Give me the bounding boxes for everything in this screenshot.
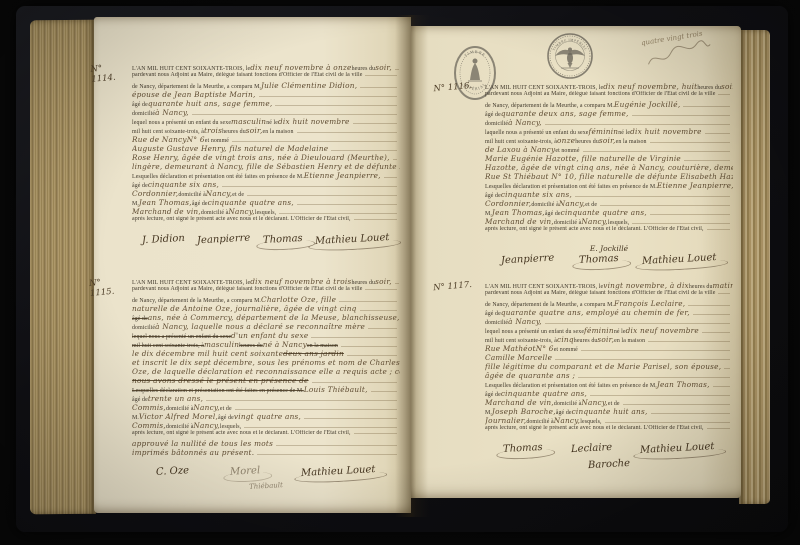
- signature: Leclaire: [571, 442, 613, 455]
- handwritten-text: Marchand de vin,: [485, 398, 554, 407]
- signature: Thomas: [578, 253, 618, 266]
- form-rule-line: [718, 94, 730, 95]
- signature: C. Oze: [156, 465, 190, 478]
- form-rule-line: [331, 150, 397, 151]
- signature: Thomas: [263, 233, 303, 246]
- record-line: nous avons dressé le présent en présence…: [132, 376, 400, 385]
- record-line: et inscrit le dix sept décembre, sous le…: [132, 358, 400, 367]
- handwritten-text: nous avons dressé le présent en présence…: [132, 376, 309, 385]
- printed-text: domicilié: [132, 325, 155, 331]
- form-rule-line: [259, 96, 397, 97]
- printed-text: heures du: [222, 129, 246, 135]
- record-line: M. Jean Thomas, âgé de cinquante quatre …: [485, 208, 733, 217]
- handwritten-text: Commis,: [132, 403, 166, 412]
- form-rule-line: [365, 75, 397, 76]
- handwritten-text: dix neuf novembre à onze: [250, 63, 351, 72]
- form-rule-line: [297, 132, 398, 133]
- record-line: M. Jean Thomas, âgé de cinquante quatre …: [132, 198, 400, 207]
- form-rule-line: [650, 142, 730, 143]
- handwritten-text: Cordonnier,: [132, 189, 178, 198]
- printed-text: et de: [220, 406, 232, 412]
- form-rule-line: [384, 177, 397, 178]
- form-rule-line: [304, 418, 397, 419]
- handwritten-text: Commis,: [132, 421, 166, 430]
- signature: Mathieu Louet: [642, 252, 717, 267]
- record-line: âgé de ans, née à Commercy, département …: [132, 313, 400, 322]
- printed-text: pardevant nous Adjoint au Maire, délégué…: [132, 72, 362, 78]
- handwritten-text: Nancy,: [193, 403, 220, 412]
- form-rule-line: [651, 413, 730, 414]
- record-line: de Nancy, département de la Meurthe, a c…: [132, 295, 400, 304]
- signature: Jeanpierre: [501, 253, 555, 267]
- handwritten-text: dix huit novembre: [278, 117, 350, 126]
- printed-text: heures du: [575, 139, 599, 145]
- handwritten-text: Auguste Gustave Henry, fils naturel de M…: [132, 144, 328, 153]
- printed-text: domicilié: [485, 320, 508, 326]
- record-number: N° 1116.: [433, 80, 493, 266]
- record-line: Rue Mathéot N° 6 et nommé: [485, 344, 733, 353]
- record-line: de Nancy, département de la Meurthe, a c…: [485, 100, 733, 109]
- printed-text: domicilié: [132, 111, 155, 117]
- handwritten-text: Rose Henry, âgée de vingt trois ans, née…: [132, 153, 390, 162]
- handwritten-text: cinq: [557, 335, 574, 344]
- handwritten-text: de Laxou à Nancy: [485, 145, 555, 154]
- handwritten-text: onze: [557, 136, 575, 145]
- handwritten-text: Nancy,: [581, 217, 608, 226]
- handwritten-text: deux ans jardin: [283, 349, 344, 358]
- printed-text: et nommé: [554, 347, 578, 353]
- record-line: lequel nous a présenté un enfant du sexe…: [132, 117, 400, 126]
- form-rule-line: [590, 395, 730, 396]
- record-line: Marchand de vin, domicilié à Nancy, lesq…: [485, 217, 733, 226]
- handwritten-text: féminin: [584, 326, 614, 335]
- record-body: L'AN MIL HUIT CENT SOIXANTE-TROIS, le di…: [132, 63, 400, 245]
- form-rule-line: [192, 114, 397, 115]
- handwritten-text: quarante huit ans, sage femme,: [148, 99, 273, 108]
- form-rule-line: [257, 454, 397, 455]
- form-rule-line: [354, 219, 397, 220]
- handwritten-text: dix neuf novembre: [626, 326, 699, 335]
- record-line: Marchand de vin, domicilié à Nancy, lesq…: [132, 207, 400, 216]
- right-page-records: N° 1116.L'AN MIL HUIT CENT SOIXANTE-TROI…: [441, 82, 733, 486]
- handwritten-text: ans, née à Commercy, département de la M…: [148, 313, 400, 322]
- record-line: imprimés bâtonnés au présent.: [132, 448, 400, 457]
- form-rule-line: [312, 382, 397, 383]
- record-line: mil huit cent soixante-trois, à onze heu…: [485, 136, 733, 145]
- record-line: Cordonnier, domicilié à Nancy, et de: [132, 189, 400, 198]
- printed-text: pardevant nous Adjoint au Maire, délégué…: [485, 290, 715, 296]
- handwritten-text: Louis Thiébault,: [304, 385, 368, 394]
- record-line: Commis, domicilié à Nancy, et de: [132, 403, 400, 412]
- record-line: de Nancy, département de la Meurthe, a c…: [485, 299, 733, 308]
- handwritten-text: Cordonnier,: [485, 199, 531, 208]
- record-line: âgé de quarante huit ans, sage femme,: [132, 99, 400, 108]
- handwritten-text: soir,: [246, 126, 263, 135]
- record-line: de Nancy, département de la Meurthe, a c…: [132, 81, 400, 90]
- record-line: âgée de quarante ans ;: [485, 371, 733, 380]
- right-page-edge-stack: [739, 30, 770, 504]
- left-page-records: N° 1114.L'AN MIL HUIT CENT SOIXANTE-TROI…: [98, 63, 400, 522]
- record-line: après lecture, ont signé le présent acte…: [132, 216, 400, 225]
- form-rule-line: [545, 124, 730, 125]
- signature-row: J. DidionJeanpierreThomasMathieu Louet: [132, 234, 400, 245]
- record-line: Rue de NancyN° 6 et nommé: [132, 135, 400, 144]
- handwritten-text: cinquante huit ans,: [572, 407, 648, 416]
- form-rule-line: [693, 314, 730, 315]
- signature: Mathieu Louet: [315, 232, 390, 247]
- record-line: Marchand de vin, domicilié à Nancy, et d…: [485, 398, 733, 407]
- handwritten-text: Nancy,: [554, 416, 581, 425]
- handwritten-text: soir,: [599, 136, 616, 145]
- civil-record: N° 1115.L'AN MIL HUIT CENT SOIXANTE-TROI…: [98, 277, 400, 490]
- signature: J. Didion: [142, 233, 185, 246]
- record-line: lequel nous a présenté un enfant du sexe…: [132, 331, 400, 340]
- printed-text: âgé de: [485, 112, 501, 118]
- form-rule-line: [650, 214, 730, 215]
- handwritten-text: quarante deux ans, sage femme,: [501, 109, 629, 118]
- handwritten-text: féminin: [589, 127, 619, 136]
- handwritten-text: masculin: [204, 340, 239, 349]
- civil-record: N° 1114.L'AN MIL HUIT CENT SOIXANTE-TROI…: [98, 63, 400, 245]
- record-line: pardevant nous Adjoint au Maire, délégué…: [132, 286, 400, 295]
- record-line: M. Joseph Baroche, âgé de cinquante huit…: [485, 407, 733, 416]
- corner-annotation: quatre vingt trois: [641, 25, 736, 78]
- record-line: Lesquelles déclaration et présentation o…: [132, 171, 400, 180]
- form-rule-line: [648, 341, 730, 342]
- record-line: pardevant nous Adjoint au Maire, délégué…: [485, 91, 733, 100]
- handwritten-text: soir,: [375, 277, 392, 286]
- handwritten-text: N° 6: [187, 135, 205, 144]
- form-rule-line: [555, 359, 730, 360]
- handwritten-text: naturelle de Antoine Oze, journalière, â…: [132, 304, 357, 313]
- form-rule-line: [583, 151, 730, 152]
- handwritten-text: fille légitime du comparant et de Marie …: [485, 362, 721, 371]
- printed-text: âgé de: [218, 415, 234, 421]
- record-line: Lesquelles déclaration et présentation o…: [485, 181, 733, 190]
- form-rule-line: [632, 115, 730, 116]
- form-rule-line: [395, 69, 399, 70]
- handwritten-text: masculin: [231, 117, 266, 126]
- printed-text: domicilié: [485, 121, 508, 127]
- record-line: âgé de cinquante quatre ans,: [485, 389, 733, 398]
- record-line: après lecture, ont signé le présent acte…: [485, 226, 733, 235]
- handwritten-text: le dix décembre mil huit cent soixante: [132, 349, 283, 358]
- printed-text: pardevant nous Adjoint au Maire, délégué…: [132, 286, 362, 292]
- printed-text: en la maison: [614, 338, 645, 344]
- form-rule-line: [297, 204, 397, 205]
- form-rule-line: [235, 409, 397, 410]
- record-body: L'AN MIL HUIT CENT SOIXANTE-TROIS, le di…: [132, 277, 400, 490]
- form-rule-line: [276, 445, 397, 446]
- handwritten-text: à Nancy, laquelle nous a déclaré se reco…: [155, 322, 365, 331]
- record-line: Camille Marcelle: [485, 353, 733, 362]
- register-book-photo: N° 1114.L'AN MIL HUIT CENT SOIXANTE-TROI…: [0, 0, 800, 545]
- handwritten-text: Nancy,: [559, 199, 586, 208]
- handwritten-text: à Nancy,: [508, 118, 542, 127]
- record-line: approuvé la nullité de tous les mots: [132, 439, 400, 448]
- handwritten-text: cinquante quatre ans,: [208, 198, 294, 207]
- form-rule-line: [371, 391, 397, 392]
- handwritten-text: soir,: [721, 82, 733, 91]
- form-rule-line: [623, 404, 730, 405]
- signature-row: C. OzeMorelMathieu LouetThiébault: [132, 466, 400, 490]
- handwritten-text: vingt novembre, à dix: [603, 281, 689, 290]
- handwritten-text: né à Nancy: [263, 340, 307, 349]
- handwritten-text: Nancy,: [206, 189, 233, 198]
- handwritten-text: Marchand de vin,: [132, 207, 201, 216]
- handwritten-text: Marie Eugénie Hazotte, fille naturelle d…: [485, 154, 681, 163]
- printed-text: après lecture, ont signé le présent acte…: [485, 226, 704, 232]
- form-rule-line: [707, 229, 730, 230]
- handwritten-text: N° 6: [536, 344, 554, 353]
- handwritten-text: Rue Mathéot: [485, 344, 536, 353]
- handwritten-text: Nancy,: [228, 207, 255, 216]
- form-rule-line: [707, 428, 730, 429]
- record-line: L'AN MIL HUIT CENT SOIXANTE-TROIS, le di…: [132, 63, 400, 72]
- handwritten-text: à Nancy,: [508, 317, 542, 326]
- handwritten-text: cinquante quatre ans,: [501, 389, 587, 398]
- handwritten-text: cinquante quatre ans,: [561, 208, 647, 217]
- handwritten-text: vingt quatre ans,: [234, 412, 301, 421]
- record-line: domicilié à Nancy,: [485, 118, 733, 127]
- record-line: mil huit cent soixante-trois, à trois he…: [132, 126, 400, 135]
- handwritten-text: cinquante six ans,: [148, 180, 219, 189]
- handwritten-text: Joseph Baroche,: [492, 407, 556, 416]
- form-rule-line: [605, 422, 730, 423]
- handwritten-text: Jean Thomas,: [657, 380, 710, 389]
- handwritten-text: Oze, de laquelle déclaration et reconnai…: [132, 367, 400, 376]
- form-rule-line: [713, 386, 730, 387]
- form-rule-line: [275, 105, 397, 106]
- form-rule-line: [247, 195, 397, 196]
- record-line: le dix décembre mil huit cent soixante d…: [132, 349, 400, 358]
- record-line: Marie Eugénie Hazotte, fille naturelle d…: [485, 154, 733, 163]
- record-line: âgé de quarante deux ans, sage femme,: [485, 109, 733, 118]
- handwritten-text: François Leclaire,: [614, 299, 685, 308]
- record-line: pardevant nous Adjoint au Maire, délégué…: [485, 290, 733, 299]
- record-line: de Laxou à Nancy et nommé: [485, 145, 733, 154]
- signature-row: E. JockilléJeanpierreThomasMathieu Louet: [485, 244, 733, 265]
- form-rule-line: [353, 123, 397, 124]
- form-rule-line: [360, 310, 397, 311]
- printed-text: après lecture, ont signé le présent acte…: [132, 430, 351, 436]
- handwritten-text: Julie Clémentine Didion,: [261, 81, 357, 90]
- record-line: mil huit cent soixante-trois, à cinq heu…: [485, 335, 733, 344]
- handwritten-text: Nancy,: [193, 421, 220, 430]
- form-rule-line: [575, 196, 730, 197]
- signature: E. Jockillé: [489, 244, 729, 253]
- record-line: domicilié à Nancy, laquelle nous a décla…: [132, 322, 400, 331]
- handwritten-text: Camille Marcelle: [485, 353, 552, 362]
- form-rule-line: [545, 323, 730, 324]
- form-rule-line: [232, 141, 397, 142]
- handwritten-text: Eugénie Jockillé,: [614, 100, 680, 109]
- form-rule-line: [222, 186, 397, 187]
- handwritten-text: Rue de Nancy: [132, 135, 187, 144]
- left-page-edge-stack: [30, 20, 96, 514]
- handwritten-text: Rue St Thiébaut N° 10, fille naturelle d…: [485, 172, 733, 181]
- printed-text: âgé de: [132, 316, 148, 322]
- record-line: Commis, domicilié à Nancy, lesquels,: [132, 421, 400, 430]
- record-line: domicilié à Nancy,: [485, 317, 733, 326]
- handwritten-text: dix huit novembre: [630, 127, 702, 136]
- form-rule-line: [724, 368, 730, 369]
- record-line: M. Victor Alfred Morel, âgé de vingt qua…: [132, 412, 400, 421]
- record-line: Oze, de laquelle déclaration et reconnai…: [132, 367, 400, 376]
- form-rule-line: [354, 433, 397, 434]
- record-line: Auguste Gustave Henry, fils naturel de M…: [132, 144, 400, 153]
- form-rule-line: [632, 223, 730, 224]
- record-line: lingère, demeurant à Nancy, fille de Séb…: [132, 162, 400, 171]
- record-line: Rose Henry, âgée de vingt trois ans, née…: [132, 153, 400, 162]
- form-rule-line: [347, 355, 397, 356]
- record-line: L'AN MIL HUIT CENT SOIXANTE-TROIS, le di…: [485, 82, 733, 91]
- record-line: Lesquelles déclaration et présentation o…: [132, 385, 400, 394]
- printed-text: né le: [618, 130, 630, 136]
- record-body: L'AN MIL HUIT CENT SOIXANTE-TROIS, le vi…: [485, 281, 733, 470]
- printed-text: après lecture, ont signé le présent acte…: [485, 425, 704, 431]
- form-rule-line: [339, 301, 397, 302]
- handwritten-text: imprimés bâtonnés au présent.: [132, 448, 254, 457]
- form-rule-line: [688, 305, 730, 306]
- handwritten-text: Hazotte, âgée de vingt cinq ans, née à N…: [485, 163, 733, 172]
- printed-text: né le: [266, 120, 278, 126]
- record-line: épouse de Jean Baptiste Marin,: [132, 90, 400, 99]
- form-rule-line: [341, 346, 397, 347]
- form-rule-line: [368, 328, 397, 329]
- record-line: âgé de trente un ans,: [132, 394, 400, 403]
- handwritten-text: lingère, demeurant à Nancy, fille de Séb…: [132, 162, 400, 171]
- record-line: mil huit cent soixante-trois, à masculin…: [132, 340, 400, 349]
- handwritten-text: matin,: [713, 281, 733, 290]
- record-line: après lecture, ont signé le présent acte…: [485, 425, 733, 434]
- aigle-imperial-round-stamp: TIMBRE IMPÉRIAL: [546, 32, 594, 80]
- handwritten-text: trente un ans,: [148, 394, 203, 403]
- record-line: fille légitime du comparant et de Marie …: [485, 362, 733, 371]
- record-line: L'AN MIL HUIT CENT SOIXANTE-TROIS, le vi…: [485, 281, 733, 290]
- record-line: Lesquelles déclaration et présentation o…: [485, 380, 733, 389]
- form-rule-line: [279, 213, 397, 214]
- handwritten-text: trois: [204, 126, 222, 135]
- record-line: Cordonnier, domicilié à Nancy, et de: [485, 199, 733, 208]
- form-rule-line: [600, 205, 730, 206]
- handwritten-text: épouse de Jean Baptiste Marin,: [132, 90, 256, 99]
- record-line: Journalier, domicilié à Nancy, lesquels,: [485, 416, 733, 425]
- handwritten-text: cinquante six ans,: [501, 190, 572, 199]
- left-register-page: N° 1114.L'AN MIL HUIT CENT SOIXANTE-TROI…: [94, 17, 411, 513]
- form-rule-line: [683, 106, 730, 107]
- handwritten-text: et inscrit le dix sept décembre, sous le…: [132, 358, 400, 367]
- handwritten-text: Charlotte Oze, fille: [261, 295, 336, 304]
- handwritten-text: Marchand de vin,: [485, 217, 554, 226]
- printed-text: âgé de: [485, 311, 501, 317]
- civil-record: N° 1117.L'AN MIL HUIT CENT SOIXANTE-TROI…: [441, 281, 733, 470]
- form-rule-line: [365, 289, 397, 290]
- handwritten-text: soir,: [375, 63, 392, 72]
- printed-text: pardevant nous Adjoint au Maire, délégué…: [485, 91, 715, 97]
- record-line: Hazotte, âgée de vingt cinq ans, née à N…: [485, 163, 733, 172]
- form-rule-line: [393, 159, 397, 160]
- handwritten-text: d'un enfant du sexe: [231, 331, 308, 340]
- handwritten-text: approuvé la nullité de tous les mots: [132, 439, 273, 448]
- record-body: L'AN MIL HUIT CENT SOIXANTE-TROIS, le di…: [485, 82, 733, 265]
- civil-record: N° 1116.L'AN MIL HUIT CENT SOIXANTE-TROI…: [441, 82, 733, 265]
- record-line: après lecture, ont signé le présent acte…: [132, 430, 400, 439]
- record-line: lequel nous a présenté un enfant du sexe…: [485, 326, 733, 335]
- signature: Thomas: [503, 442, 543, 455]
- form-rule-line: [684, 160, 730, 161]
- form-rule-line: [581, 350, 730, 351]
- form-rule-line: [206, 400, 397, 401]
- handwritten-text: quarante quatre ans, employé au chemin d…: [501, 308, 690, 317]
- handwritten-text: Nancy,: [581, 398, 608, 407]
- handwritten-text: Journalier,: [485, 416, 526, 425]
- record-line: pardevant nous Adjoint au Maire, délégué…: [132, 72, 400, 81]
- record-line: âgé de cinquante six ans,: [132, 180, 400, 189]
- printed-text: après lecture, ont signé le présent acte…: [132, 216, 351, 222]
- form-rule-line: [718, 293, 730, 294]
- handwritten-text: Jean Thomas,: [492, 208, 545, 217]
- record-line: Rue St Thiébaut N° 10, fille naturelle d…: [485, 172, 733, 181]
- printed-text: en la maison: [616, 139, 647, 145]
- form-rule-line: [244, 427, 397, 428]
- handwritten-text: dix neuf novembre, huit: [603, 82, 697, 91]
- record-line: L'AN MIL HUIT CENT SOIXANTE-TROIS, le di…: [132, 277, 400, 286]
- form-rule-line: [578, 377, 730, 378]
- handwritten-text: âgée de quarante ans ;: [485, 371, 575, 380]
- form-rule-line: [360, 87, 397, 88]
- form-rule-line: [395, 283, 399, 284]
- handwritten-text: soir,: [597, 335, 614, 344]
- printed-text: âgé de: [132, 102, 148, 108]
- form-rule-line: [702, 332, 730, 333]
- printed-text: heures du: [574, 338, 598, 344]
- handwritten-text: Victor Alfred Morel,: [139, 412, 218, 421]
- record-line: laquelle nous a présenté un enfant du se…: [485, 127, 733, 136]
- handwritten-text: dix neuf novembre à trois: [250, 277, 351, 286]
- record-line: âgé de quarante quatre ans, employé au c…: [485, 308, 733, 317]
- signature-row: ThomasLeclaireMathieu LouetBaroche: [485, 443, 733, 470]
- handwritten-text: à Nancy,: [155, 108, 189, 117]
- record-line: âgé de cinquante six ans,: [485, 190, 733, 199]
- record-line: naturelle de Antoine Oze, journalière, â…: [132, 304, 400, 313]
- signature: Jeanpierre: [197, 233, 251, 247]
- handwritten-text: Etienne Jeanpierre,: [657, 181, 733, 190]
- signature: Morel: [230, 465, 261, 478]
- record-line: domicilié à Nancy,: [132, 108, 400, 117]
- handwritten-text: Jean Thomas,: [139, 198, 192, 207]
- handwritten-text: Etienne Jeanpierre,: [304, 171, 381, 180]
- form-rule-line: [311, 337, 397, 338]
- printed-text: en la maison: [263, 129, 294, 135]
- printed-text: né le: [614, 329, 626, 335]
- form-rule-line: [705, 133, 730, 134]
- right-register-page: TIMBRE IMPÉRIAL TIMBRE IMPÉRIAL quatre v…: [411, 26, 741, 498]
